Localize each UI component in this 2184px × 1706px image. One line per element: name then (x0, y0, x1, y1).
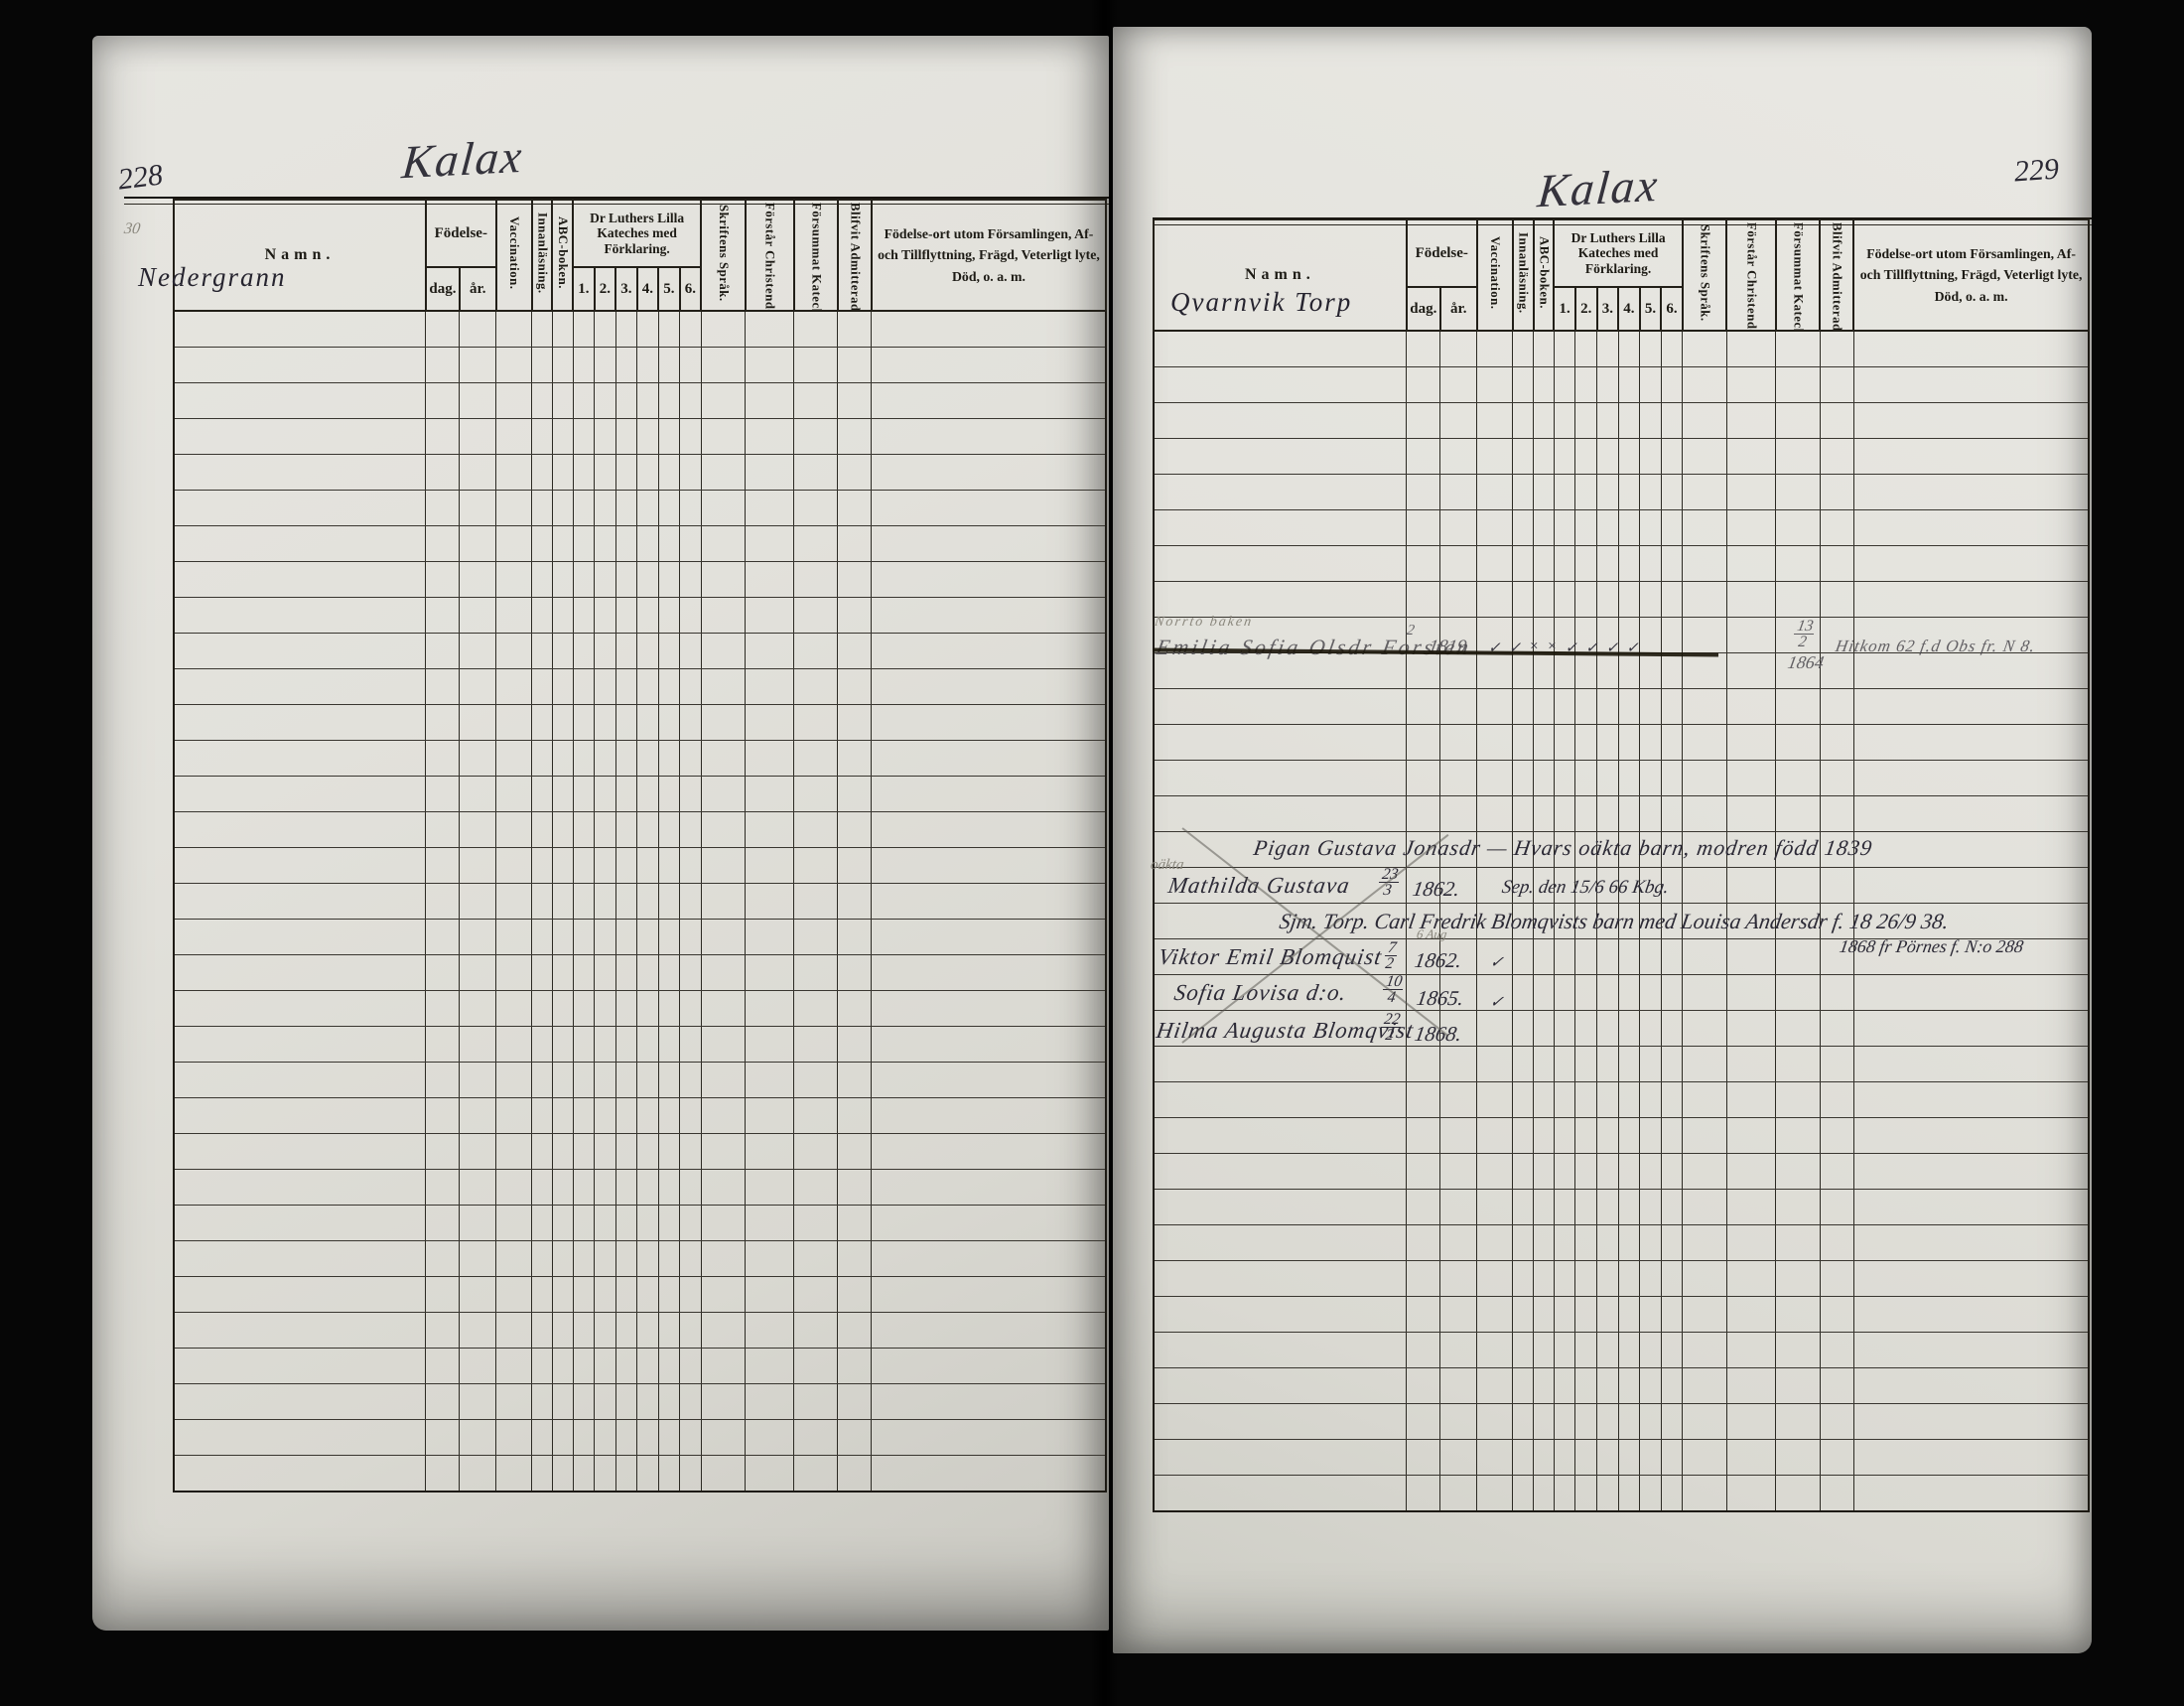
grid-cell (658, 1349, 680, 1384)
grid-cell (496, 848, 532, 884)
grid-cell (615, 383, 637, 419)
grid-cell (615, 920, 637, 955)
grid-cell (1661, 653, 1683, 689)
col-header-kat-2: 2. (595, 267, 616, 311)
grid-cell (1661, 367, 1683, 403)
col-header-kat-5: 5. (658, 267, 680, 311)
grid-cell (460, 705, 496, 741)
col-header-kateches: Dr Luthers Lilla Kateches med Förklaring… (573, 200, 701, 267)
grid-cell (426, 991, 460, 1027)
grid-cell (746, 419, 794, 455)
grid-cell (746, 1384, 794, 1420)
grid-cell (460, 1384, 496, 1420)
grid-cell (658, 526, 680, 562)
grid-row (174, 1063, 1106, 1098)
grid-cell (1726, 868, 1775, 904)
grid-cell (552, 1098, 573, 1134)
grid-cell (701, 1098, 745, 1134)
grid-cell (1853, 403, 2089, 439)
grid-cell (1640, 403, 1662, 439)
grid-cell (1554, 1154, 1575, 1190)
grid-cell (701, 705, 745, 741)
grid-cell (460, 419, 496, 455)
grid-cell (1154, 1225, 1407, 1261)
grid-cell (658, 741, 680, 777)
grid-cell (1575, 439, 1597, 475)
grid-cell (1726, 331, 1775, 367)
grid-cell (615, 1456, 637, 1493)
grid-cell (1726, 510, 1775, 546)
grid-cell (1820, 1333, 1853, 1368)
grid-cell (746, 383, 794, 419)
grid-cell (1726, 403, 1775, 439)
grid-cell (426, 419, 460, 455)
grid-cell (1640, 1225, 1662, 1261)
grid-cell (496, 348, 532, 383)
crossed-row-remark: Hitkom 62 f.d Obs fr. N 8. (1834, 637, 2037, 656)
grid-cell (615, 598, 637, 634)
col-header-vaccination: Vaccination. (496, 200, 532, 311)
grid-cell (615, 1027, 637, 1063)
grid-cell (1726, 582, 1775, 618)
grid-cell (1575, 1118, 1597, 1154)
grid-cell (1726, 1368, 1775, 1404)
grid-cell (1640, 1082, 1662, 1118)
grid-cell (460, 1349, 496, 1384)
grid-cell (496, 1206, 532, 1241)
grid-cell (595, 1241, 616, 1277)
grid-cell (1820, 1440, 1853, 1476)
grid-cell (1661, 510, 1683, 546)
grid-cell (701, 634, 745, 669)
grid-cell (1477, 1261, 1513, 1297)
grid-cell (838, 1027, 872, 1063)
grid-cell (1513, 939, 1534, 975)
grid-cell (746, 991, 794, 1027)
grid-cell (426, 1027, 460, 1063)
grid-cell (637, 1349, 659, 1384)
grid-row (174, 1098, 1106, 1134)
grid-cell (1554, 1404, 1575, 1440)
grid-cell (1477, 725, 1513, 761)
grid-cell (1683, 1261, 1727, 1297)
grid-cell (838, 812, 872, 848)
grid-row (1154, 367, 2089, 403)
grid-cell (1575, 1225, 1597, 1261)
grid-cell (496, 1349, 532, 1384)
grid-cell (1477, 1225, 1513, 1261)
grid-cell (1154, 510, 1407, 546)
grid-cell (1618, 1225, 1640, 1261)
grid-cell (573, 777, 595, 812)
col-header-namn: Namn. (174, 200, 426, 311)
grid-cell (794, 1313, 838, 1349)
grid-cell (872, 1277, 1106, 1313)
grid-cell (1440, 546, 1477, 582)
grid-cell (460, 991, 496, 1027)
grid-cell (1853, 1333, 2089, 1368)
grid-cell (637, 598, 659, 634)
grid-cell (1683, 1297, 1727, 1333)
grid-cell (1554, 1297, 1575, 1333)
grid-cell (595, 455, 616, 491)
grid-cell (680, 419, 702, 455)
grid-cell (1776, 1404, 1821, 1440)
grid-cell (1726, 1261, 1775, 1297)
grid-cell (658, 955, 680, 991)
grid-cell (838, 1134, 872, 1170)
grid-cell (1575, 1154, 1597, 1190)
grid-row (174, 311, 1106, 348)
grid-cell (658, 1206, 680, 1241)
grid-cell (1618, 1404, 1640, 1440)
grid-cell (1726, 1082, 1775, 1118)
grid-cell (701, 884, 745, 920)
grid-cell (1618, 1011, 1640, 1047)
page-number-left: 228 (116, 158, 165, 197)
grid-cell (552, 348, 573, 383)
grid-cell (1597, 439, 1619, 475)
innanlasning-label: Innanläsning. (1516, 232, 1531, 314)
grid-cell (637, 812, 659, 848)
grid-cell (496, 920, 532, 955)
grid-cell (637, 491, 659, 526)
grid-cell (426, 1063, 460, 1098)
grid-cell (1154, 1476, 1407, 1512)
grid-cell (1154, 367, 1407, 403)
entry-hilma-year: 1868. (1413, 1022, 1463, 1047)
grid-cell (794, 991, 838, 1027)
grid-cell (701, 311, 745, 348)
grid-cell (872, 741, 1106, 777)
grid-cell (1726, 618, 1775, 653)
grid-cell (595, 920, 616, 955)
grid-cell (637, 383, 659, 419)
grid-cell (872, 455, 1106, 491)
grid-cell (496, 955, 532, 991)
grid-cell (1407, 1190, 1440, 1225)
grid-cell (1776, 1011, 1821, 1047)
grid-cell (174, 1206, 426, 1241)
grid-cell (1597, 1476, 1619, 1512)
grid-cell (701, 777, 745, 812)
grid-cell (595, 348, 616, 383)
grid-cell (1534, 1047, 1555, 1082)
grid-cell (1683, 403, 1727, 439)
grid-cell (460, 741, 496, 777)
grid-cell (496, 1134, 532, 1170)
grid-cell (1776, 331, 1821, 367)
grid-cell (701, 562, 745, 598)
grid-cell (1597, 796, 1619, 832)
grid-cell (552, 920, 573, 955)
grid-cell (838, 455, 872, 491)
grid-cell (1640, 1476, 1662, 1512)
grid-cell (1661, 1261, 1683, 1297)
grid-cell (838, 491, 872, 526)
grid-cell (1640, 1047, 1662, 1082)
grid-cell (1683, 331, 1727, 367)
grid-cell (637, 741, 659, 777)
grid-cell (637, 848, 659, 884)
grid-cell (426, 1456, 460, 1493)
col-header-kat-4: 4. (637, 267, 659, 311)
grid-cell (1513, 1225, 1534, 1261)
grid-cell (1661, 1297, 1683, 1333)
grid-cell (794, 598, 838, 634)
grid-cell (872, 348, 1106, 383)
grid-cell (1726, 1047, 1775, 1082)
col-header-blifvit-admitterad: Blifvit Admitterad. (838, 200, 872, 311)
forstar-label: Förstår Christendomsläran. (1743, 222, 1758, 324)
grid-cell (1554, 403, 1575, 439)
grid-cell (701, 955, 745, 991)
grid-cell (1534, 1082, 1555, 1118)
grid-cell (746, 955, 794, 991)
grid-cell (426, 1277, 460, 1313)
grid-cell (1597, 475, 1619, 510)
grid-cell (1575, 1190, 1597, 1225)
grid-cell (460, 884, 496, 920)
grid-cell (1534, 689, 1555, 725)
grid-row (1154, 403, 2089, 439)
grid-cell (532, 598, 553, 634)
grid-cell (1820, 1297, 1853, 1333)
grid-row (1154, 439, 2089, 475)
grid-cell (1554, 689, 1575, 725)
crossed-row-admitterad-year: 1864 (1786, 652, 1826, 673)
grid-cell (1640, 939, 1662, 975)
grid-cell (1554, 1476, 1575, 1512)
grid-cell (552, 419, 573, 455)
grid-cell (637, 526, 659, 562)
grid-cell (637, 1384, 659, 1420)
grid-cell (658, 491, 680, 526)
grid-cell (794, 1063, 838, 1098)
grid-cell (552, 777, 573, 812)
grid-row (174, 1313, 1106, 1349)
grid-cell (1534, 403, 1555, 439)
grid-cell (174, 1349, 426, 1384)
grid-cell (1618, 475, 1640, 510)
grid-cell (701, 419, 745, 455)
grid-cell (1683, 939, 1727, 975)
grid-cell (532, 920, 553, 955)
grid-cell (1513, 1368, 1534, 1404)
grid-cell (1513, 510, 1534, 546)
grid-cell (1661, 939, 1683, 975)
grid-cell (1618, 689, 1640, 725)
grid-cell (1407, 761, 1440, 796)
grid-cell (1575, 1368, 1597, 1404)
grid-cell (174, 1027, 426, 1063)
grid-cell (1683, 367, 1727, 403)
grid-cell (1726, 689, 1775, 725)
grid-cell (872, 884, 1106, 920)
grid-cell (532, 1384, 553, 1420)
grid-cell (496, 1456, 532, 1493)
grid-cell (496, 669, 532, 705)
grid-cell (1661, 761, 1683, 796)
grid-cell (1534, 439, 1555, 475)
grid-cell (496, 884, 532, 920)
grid-cell (595, 491, 616, 526)
grid-cell (496, 777, 532, 812)
grid-cell (1154, 1333, 1407, 1368)
grid-cell (1820, 331, 1853, 367)
grid-cell (1534, 1118, 1555, 1154)
grid-cell (1853, 1297, 2089, 1333)
grid-cell (573, 1170, 595, 1206)
grid-cell (595, 848, 616, 884)
grid-cell (552, 812, 573, 848)
grid-cell (1776, 367, 1821, 403)
grid-cell (680, 311, 702, 348)
grid-cell (426, 955, 460, 991)
col-header-kat-4: 4. (1618, 287, 1640, 331)
grid-row (174, 1456, 1106, 1493)
grid-cell (1597, 725, 1619, 761)
margin-note-oakta: oäkta (1150, 857, 1185, 874)
grid-cell (872, 1098, 1106, 1134)
grid-cell (1407, 1333, 1440, 1368)
grid-cell (1820, 868, 1853, 904)
grid-cell (872, 634, 1106, 669)
grid-cell (1407, 475, 1440, 510)
grid-cell (1477, 1404, 1513, 1440)
grid-cell (1477, 331, 1513, 367)
dag-bottom: 2 (1385, 1028, 1395, 1043)
grid-cell (595, 526, 616, 562)
grid-cell (658, 348, 680, 383)
grid-cell (658, 419, 680, 455)
admitterad-day: 13 (1794, 619, 1817, 635)
grid-row (1154, 331, 2089, 367)
grid-cell (1477, 1297, 1513, 1333)
grid-cell (1661, 618, 1683, 653)
col-header-fodelse: Födelse- (426, 200, 496, 267)
grid-cell (746, 1313, 794, 1349)
grid-cell (637, 1170, 659, 1206)
grid-row (174, 1027, 1106, 1063)
grid-cell (1820, 1368, 1853, 1404)
grid-row (1154, 510, 2089, 546)
col-header-kateches: Dr Luthers Lilla Kateches med Förklaring… (1554, 219, 1682, 287)
grid-cell (1597, 331, 1619, 367)
grid-cell (1618, 582, 1640, 618)
grid-cell (794, 812, 838, 848)
grid-cell (552, 1063, 573, 1098)
grid-row (174, 920, 1106, 955)
grid-row (1154, 689, 2089, 725)
grid-cell (552, 1420, 573, 1456)
grid-cell (426, 383, 460, 419)
grid-cell (595, 598, 616, 634)
grid-cell (637, 955, 659, 991)
grid-cell (872, 1063, 1106, 1098)
grid-cell (1477, 439, 1513, 475)
grid-cell (573, 526, 595, 562)
col-header-innanlasning: Innanläsning. (532, 200, 553, 311)
grid-cell (532, 419, 553, 455)
grid-cell (1726, 367, 1775, 403)
grid-cell (1407, 1082, 1440, 1118)
col-header-forsummat: Försummat Katechismiförhören. (1776, 219, 1821, 331)
grid-cell (1513, 1047, 1534, 1082)
grid-cell (794, 705, 838, 741)
grid-cell (595, 419, 616, 455)
grid-cell (794, 1277, 838, 1313)
grid-cell (1661, 331, 1683, 367)
grid-cell (615, 455, 637, 491)
grid-cell (680, 1098, 702, 1134)
grid-cell (426, 1420, 460, 1456)
grid-cell (1575, 546, 1597, 582)
grid-cell (1407, 439, 1440, 475)
grid-cell (794, 562, 838, 598)
grid-cell (746, 1420, 794, 1456)
grid-cell (174, 311, 426, 348)
grid-cell (1407, 689, 1440, 725)
grid-cell (1440, 1047, 1477, 1082)
grid-cell (1683, 975, 1727, 1011)
grid-cell (1776, 1297, 1821, 1333)
grid-cell (496, 311, 532, 348)
grid-cell (532, 311, 553, 348)
grid-cell (1726, 1011, 1775, 1047)
grid-cell (532, 777, 553, 812)
grid-cell (1554, 510, 1575, 546)
grid-cell (426, 1349, 460, 1384)
grid-cell (1853, 331, 2089, 367)
grid-cell (1640, 1440, 1662, 1476)
grid-cell (1440, 1225, 1477, 1261)
grid-cell (496, 491, 532, 526)
grid-cell (1776, 1261, 1821, 1297)
grid-cell (174, 920, 426, 955)
grid-cell (1407, 1297, 1440, 1333)
grid-cell (838, 634, 872, 669)
grid-cell (1154, 439, 1407, 475)
grid-cell (496, 455, 532, 491)
grid-cell (552, 1027, 573, 1063)
grid-cell (746, 1170, 794, 1206)
grid-cell (1440, 1154, 1477, 1190)
grid-cell (552, 562, 573, 598)
grid-cell (1154, 582, 1407, 618)
grid-cell (1575, 582, 1597, 618)
grid-cell (174, 1134, 426, 1170)
grid-cell (552, 884, 573, 920)
grid-cell (1534, 1154, 1555, 1190)
grid-cell (1513, 546, 1534, 582)
grid-cell (573, 634, 595, 669)
grid-row (174, 419, 1106, 455)
grid-cell (701, 1277, 745, 1313)
grid-cell (794, 348, 838, 383)
col-header-forsummat: Försummat Katechismiförhören. (794, 200, 838, 311)
grid-cell (1477, 1440, 1513, 1476)
grid-cell (872, 562, 1106, 598)
grid-cell (1154, 546, 1407, 582)
grid-cell (532, 562, 553, 598)
grid-cell (1554, 546, 1575, 582)
left-page: 228 Kalax Namn. Födelse- Vaccination. In… (92, 36, 1109, 1631)
grid-cell (658, 777, 680, 812)
grid-cell (1618, 510, 1640, 546)
grid-cell (1554, 1047, 1575, 1082)
grid-cell (746, 311, 794, 348)
